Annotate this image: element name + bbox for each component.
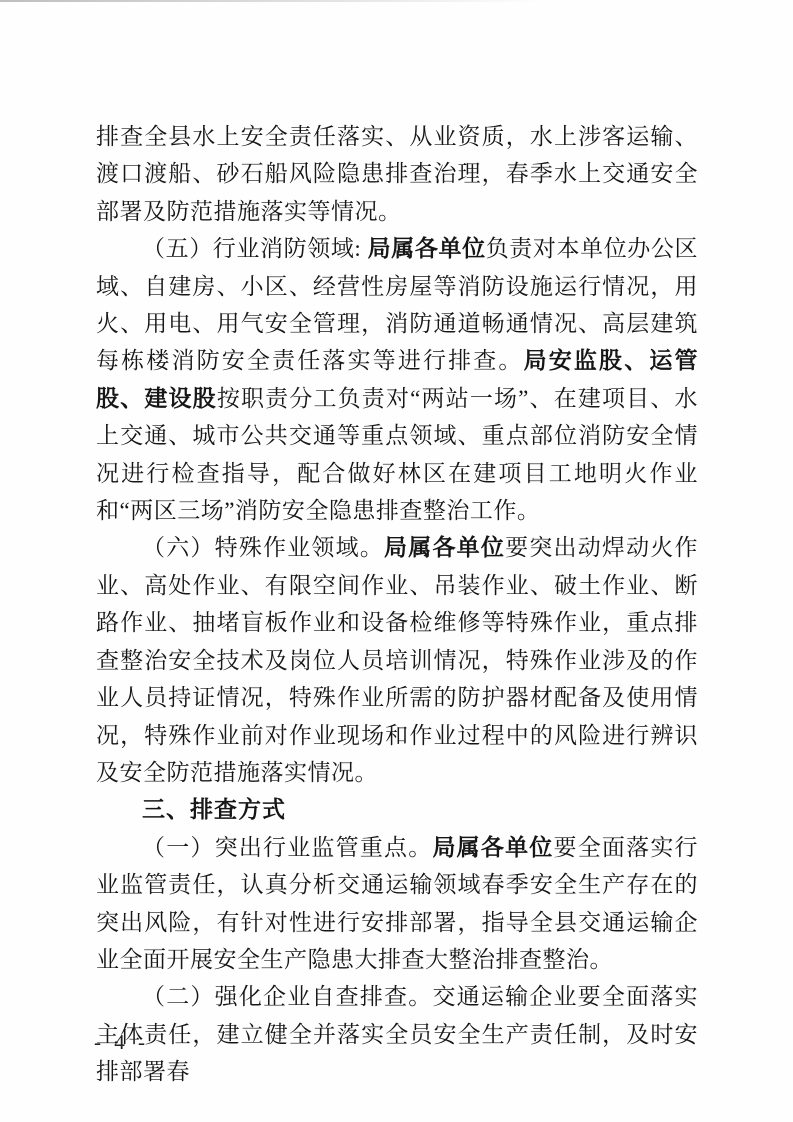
emphasis-text: 局属各单位 xyxy=(384,534,505,560)
paragraph: （一）突出行业监管重点。局属各单位要全面落实行业监管责任，认真分析交通运输领域春… xyxy=(96,829,698,979)
section-heading: 三、排查方式 xyxy=(96,791,698,828)
emphasis-text: 局属各单位 xyxy=(368,235,486,261)
body-text: （二）强化企业自查排查。交通运输企业要全面落实主体责任，建立健全并落实全员安全生… xyxy=(96,984,698,1084)
document-page: 排查全县水上安全责任落实、从业资质，水上涉客运输、渡口渡船、砂石船风险隐患排查治… xyxy=(0,0,793,1122)
document-body: 排查全县水上安全责任落实、从业资质，水上涉客运输、渡口渡船、砂石船风险隐患排查治… xyxy=(96,118,698,1091)
body-text: （六）特殊作业领域。 xyxy=(142,535,384,560)
paragraph: （五）行业消防领域: 局属各单位负责对本单位办公区域、自建房、小区、经营性房屋等… xyxy=(96,230,698,529)
emphasis-text: 三、排查方式 xyxy=(142,796,286,822)
paragraph: 排查全县水上安全责任落实、从业资质，水上涉客运输、渡口渡船、砂石船风险隐患排查治… xyxy=(96,118,698,230)
emphasis-text: 局属各单位 xyxy=(432,834,553,860)
body-text: 排查全县水上安全责任落实、从业资质，水上涉客运输、渡口渡船、砂石船风险隐患排查治… xyxy=(96,124,698,224)
scan-artifact-top-edge xyxy=(0,0,571,2)
body-text: （五）行业消防领域: xyxy=(142,236,368,261)
body-text: （一）突出行业监管重点。 xyxy=(142,835,432,860)
paragraph: （二）强化企业自查排查。交通运输企业要全面落实主体责任，建立健全并落实全员安全生… xyxy=(96,978,698,1090)
body-text: 要突出动焊动火作业、高处作业、有限空间作业、吊装作业、破土作业、断路作业、抽堵盲… xyxy=(96,535,698,784)
page-number: - 4 - xyxy=(94,1030,149,1055)
paragraph: （六）特殊作业领域。局属各单位要突出动焊动火作业、高处作业、有限空间作业、吊装作… xyxy=(96,529,698,791)
